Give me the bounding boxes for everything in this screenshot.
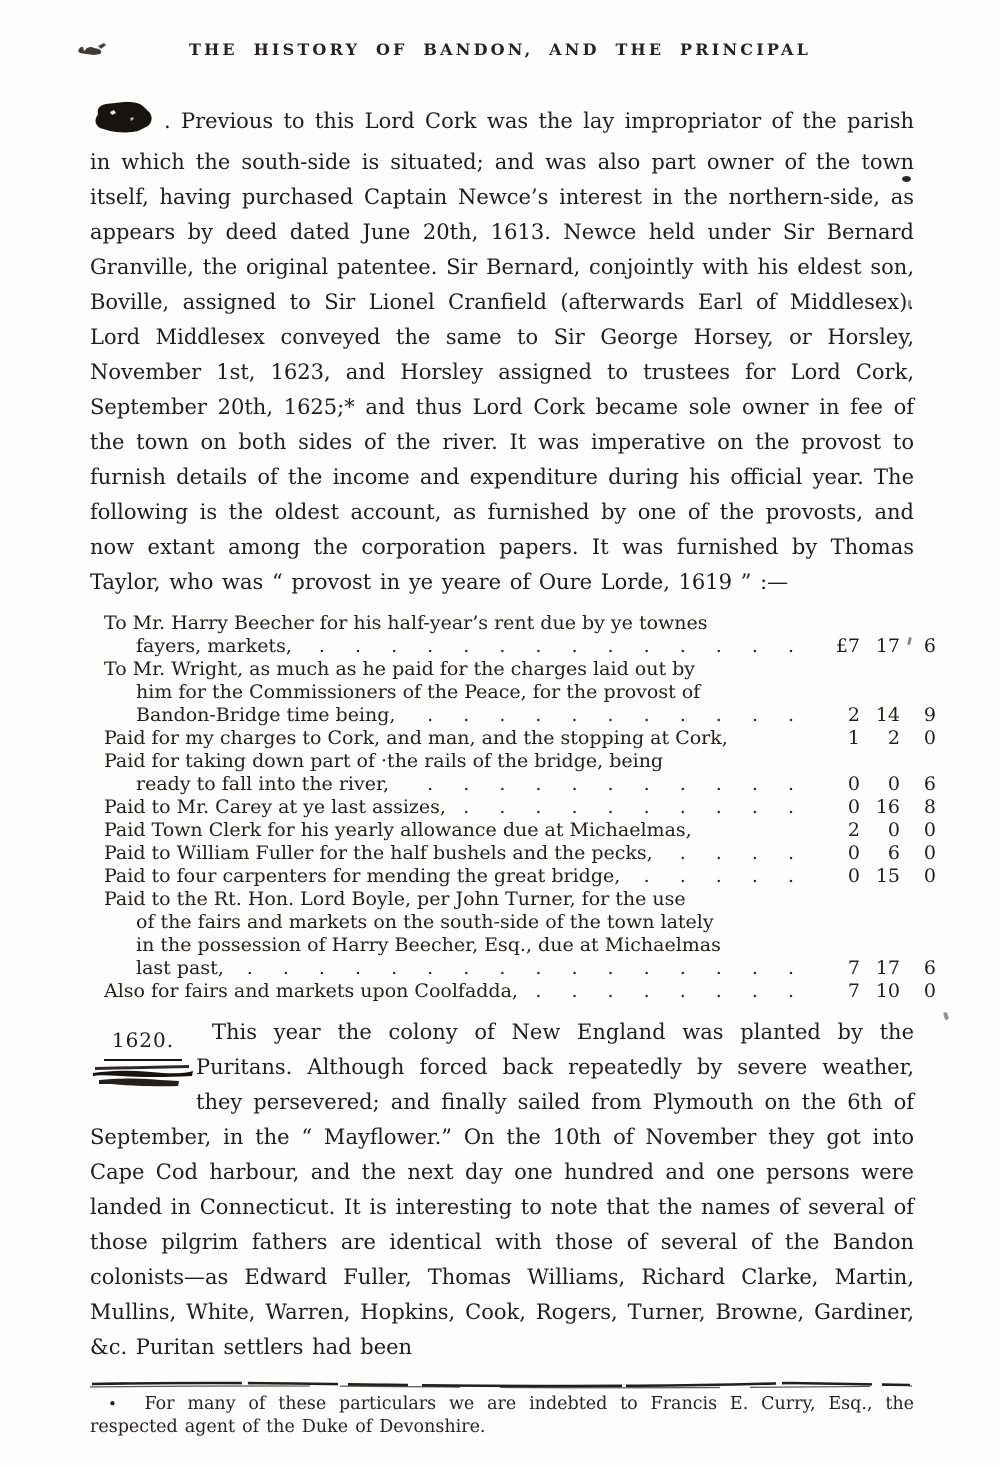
footnote-marker: • [108,1395,119,1413]
pence-value: 6 [900,957,936,980]
ink-blot-redaction [90,100,160,145]
shillings-value: 0 [860,819,900,842]
shillings-value: 17 [860,957,900,980]
entry-line: Paid Town Clerk for his yearly allowance… [104,819,692,842]
pence-value: 6 [900,773,936,796]
entry-line: last past, [136,957,224,980]
table-row: Paid Town Clerk for his yearly allowance… [104,819,936,842]
pence-value: 0 [900,865,936,888]
account-table: To Mr. Harry Beecher for his half-year’s… [104,612,936,1003]
entry-line: Paid for taking down part of ·the rails … [104,750,936,773]
entry-line: Paid for my charges to Cork, and man, an… [104,727,728,750]
page-header: THE HISTORY OF BANDON, AND THE PRINCIPAL [0,0,1000,70]
margin-year-note: 1620. [90,1015,196,1089]
pounds-value: 1 [812,727,860,750]
footnote-rule [90,1379,912,1391]
dot-leader [403,773,804,796]
entry-line: Bandon-Bridge time being, [136,704,395,727]
table-row: Paid for my charges to Cork, and man, an… [104,727,936,750]
entry-line: in the possession of Harry Beecher, Esq.… [136,934,936,957]
pence-value: 9 [900,704,936,727]
dot-leader [460,796,804,819]
pounds-value: £7 [812,635,860,658]
dot-leader [409,704,804,727]
table-row: Paid to William Fuller for the half bush… [104,842,936,865]
paragraph-text: . Previous to this Lord Cork was the lay… [90,109,914,594]
dot-leader [238,957,804,980]
ink-speck [943,1012,949,1021]
footnote-text: For many of these particulars we are ind… [90,1394,914,1437]
dot-leader [532,980,804,1003]
shillings-value: 0 [860,773,900,796]
table-row: Paid to Mr. Carey at ye last assizes,016… [104,796,936,819]
pence-value: 8 [900,796,936,819]
dot-leader [634,865,804,888]
shillings-value: 6 [860,842,900,865]
entry-line: Paid to William Fuller for the half bush… [104,842,653,865]
shillings-value: 10 [860,980,900,1003]
ink-speck [908,300,911,307]
pounds-value: 7 [812,980,860,1003]
margin-year-label: 1620. [104,1023,182,1061]
pence-value: 0 [900,819,936,842]
shillings-value: 2 [860,727,900,750]
shillings-value: 17 [860,635,900,658]
table-row: To Mr. Wright, as much as he paid for th… [104,658,936,727]
entry-line: him for the Commissioners of the Peace, … [136,681,936,704]
pounds-value: 2 [812,704,860,727]
pence-value: 0 [900,842,936,865]
entry-line: Also for fairs and markets upon Coolfadd… [104,980,518,1003]
entry-line: fayers, markets, [136,635,292,658]
entry-line: To Mr. Harry Beecher for his half-year’s… [104,612,936,635]
scanned-book-page: THE HISTORY OF BANDON, AND THE PRINCIPAL… [0,0,1000,1465]
running-title: THE HISTORY OF BANDON, AND THE PRINCIPAL [0,40,1000,58]
pounds-value: 7 [812,957,860,980]
shillings-value: 14 [860,704,900,727]
entry-line: of the fairs and markets on the south-si… [136,911,936,934]
table-row: Paid to the Rt. Hon. Lord Boyle, per Joh… [104,888,936,980]
pence-value: 0 [900,980,936,1003]
dot-leader [667,842,804,865]
pounds-value: 0 [812,865,860,888]
pounds-value: 0 [812,842,860,865]
footnote: • For many of these particulars we are i… [90,1393,914,1439]
paragraph-new-england: 1620.This year the colony of New England… [90,1015,914,1365]
paragraph-lord-cork: . Previous to this Lord Cork was the lay… [90,100,914,600]
table-row: To Mr. Harry Beecher for his half-year’s… [104,612,936,658]
pence-value: 6 [900,635,936,658]
shillings-value: 16 [860,796,900,819]
table-row: Paid for taking down part of ·the rails … [104,750,936,796]
entry-line: ready to fall into the river, [136,773,389,796]
entry-line: Paid to Mr. Carey at ye last assizes, [104,796,446,819]
ink-scribble [91,1062,195,1088]
dot-leader [306,635,804,658]
pounds-value: 0 [812,773,860,796]
shillings-value: 15 [860,865,900,888]
table-row: Paid to four carpenters for mending the … [104,865,936,888]
pounds-value: 2 [812,819,860,842]
entry-line: To Mr. Wright, as much as he paid for th… [104,658,936,681]
entry-line: Paid to four carpenters for mending the … [104,865,620,888]
table-row: Also for fairs and markets upon Coolfadd… [104,980,936,1003]
pence-value: 0 [900,727,936,750]
pounds-value: 0 [812,796,860,819]
entry-line: Paid to the Rt. Hon. Lord Boyle, per Joh… [104,888,936,911]
paragraph-text: This year the colony of New England was … [90,1020,914,1359]
ink-speck [902,176,911,182]
